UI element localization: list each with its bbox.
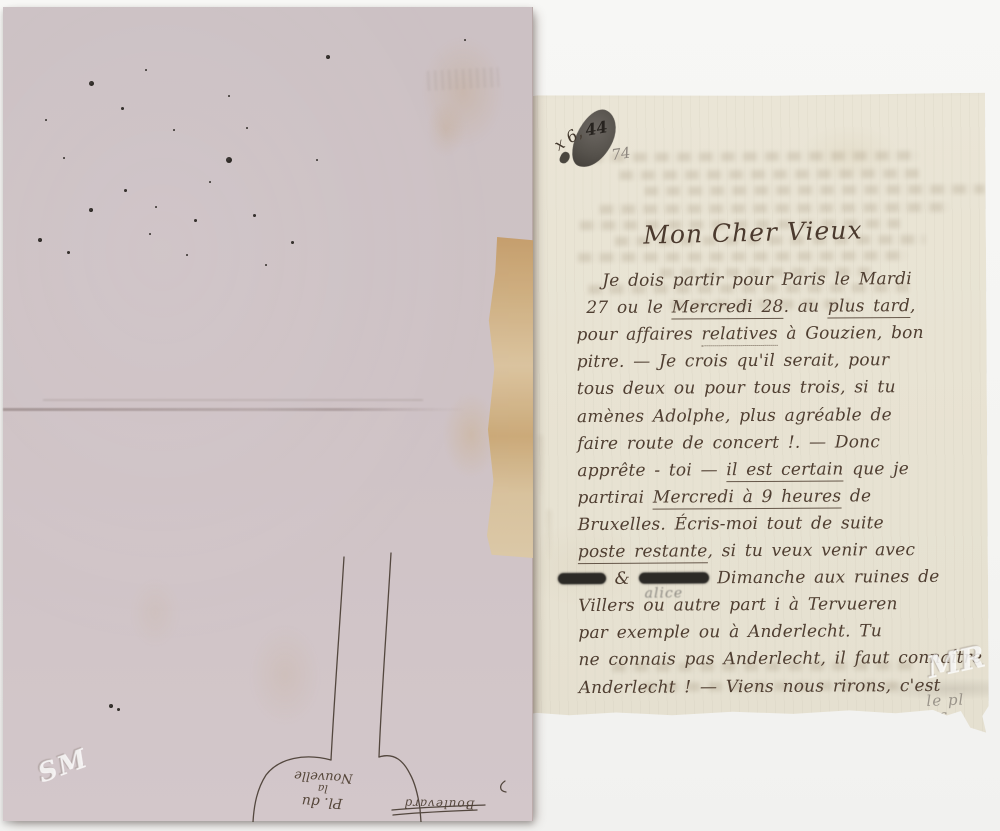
fold-crease (43, 399, 423, 401)
ink-dot (253, 214, 256, 217)
letter-text-segment: amènes Adolphe, plus agréable de (577, 405, 892, 427)
letter-salutation: Mon Cher Vieux (520, 213, 987, 253)
letter-text-segment: ne connais pas Anderlecht, il faut conna… (578, 648, 982, 670)
letter-line: amènes Adolphe, plus agréable de (577, 405, 892, 434)
underlined-phrase: Mercredi à 9 heures (653, 486, 842, 509)
ink-dot (265, 264, 267, 266)
letter-text-segment: que je (843, 459, 909, 479)
letter-text-segment: par exemple ou à Anderlecht. Tu (578, 622, 882, 644)
letter-line: poste restante, si tu veux venir avec (578, 540, 915, 569)
ink-dot (194, 219, 197, 222)
letter-text-segment: Anderlecht ! — Viens nous rirons, c'est (579, 675, 941, 697)
letter-line: par exemple ou à Anderlecht. Tu (578, 622, 882, 651)
letter-page: x 6, 44 74 Mon Cher Vieux Je dois partir… (519, 93, 989, 736)
underlined-phrase: plus tard (828, 296, 910, 319)
redacted-word (558, 573, 606, 584)
letter-line: tous deux ou pour tous trois, si tu (577, 378, 896, 407)
ink-dot (226, 157, 232, 163)
ink-dot (38, 238, 42, 242)
ink-dot (149, 233, 151, 235)
ink-dot (464, 39, 466, 41)
letter-line: Anderlecht ! — Viens nous rirons, c'est (579, 675, 941, 704)
redacted-word: alice (639, 572, 709, 583)
letter-line: Bruxelles. Écris-moi tout de suite (578, 513, 884, 542)
letter-text-segment: . au (783, 297, 827, 317)
fold-crease-line (3, 408, 465, 411)
letter-text-segment: pour affaires (576, 325, 701, 346)
letter-line: apprête - toi — il est certain que je (577, 459, 909, 488)
ink-dot (209, 181, 211, 183)
letter-text-segment: de (841, 486, 871, 506)
inverted-handwritten-note: Pl. du la Nouvelle (270, 758, 376, 811)
letter-line: faire route de concert !. — Donc (577, 432, 880, 461)
faint-pencil-marks (427, 67, 500, 91)
letter-text-segment: partirai (577, 487, 652, 507)
letter-line: Villers ou autre part i à Tervueren (578, 594, 898, 623)
letter-line: & alice Dimanche aux ruines de (558, 567, 940, 596)
ink-dot (316, 159, 318, 161)
ink-dot (291, 241, 294, 244)
letter-line: Je dois partir pour Paris le Mardi (602, 269, 912, 298)
ink-dot (228, 95, 230, 97)
pen-sketch-pedestal (3, 527, 532, 822)
ink-dot (45, 119, 47, 121)
underlined-phrase: poste restante (578, 541, 708, 564)
letter-text-segment: 27 ou le (586, 298, 671, 319)
letter-text-segment: tous deux ou pour tous trois, si tu (577, 378, 896, 400)
letter-text-segment: apprête - toi — (577, 460, 726, 481)
ink-dot (89, 81, 94, 86)
ink-dot (186, 254, 188, 256)
scan-background: x 6, 44 74 Mon Cher Vieux Je dois partir… (0, 0, 1000, 831)
letter-line: pitre. — Je crois qu'il serait, pour (577, 350, 890, 379)
underlined-phrase: il est certain (726, 459, 843, 482)
inverted-cursive-scribble: Boulevard (395, 795, 483, 812)
letter-text-segment: , (910, 296, 916, 316)
ink-dot (124, 189, 127, 192)
ink-dot (155, 206, 157, 208)
letter-text-segment: , si tu veux venir avec (707, 540, 915, 561)
ink-dot (89, 208, 93, 212)
ink-dot (173, 129, 175, 131)
letter-text-segment: Bruxelles. Écris-moi tout de suite (578, 513, 884, 535)
underlined-phrase: Mercredi 28 (672, 297, 784, 320)
letter-body: Mon Cher Vieux Je dois partir pour Paris… (519, 93, 989, 736)
blank-verso-page: Pl. du la Nouvelle Boulevard SM (3, 7, 533, 821)
letter-text-segment: & (606, 569, 639, 589)
ink-dot (67, 251, 70, 254)
ink-dot (246, 127, 248, 129)
adhesive-tape (487, 237, 533, 558)
ink-dot (145, 69, 147, 71)
letter-line: ne connais pas Anderlecht, il faut conna… (578, 648, 982, 677)
ink-dot (121, 107, 124, 110)
letter-line: partirai Mercredi à 9 heures de (577, 486, 871, 515)
letter-text-segment: faire route de concert !. — Donc (577, 432, 880, 454)
ink-dot (63, 157, 65, 159)
letter-line: pour affaires relatives à Gouzien, bon (576, 323, 923, 352)
letter-text-segment: pitre. — Je crois qu'il serait, pour (577, 350, 890, 372)
letter-line: 27 ou le Mercredi 28. au plus tard, (586, 296, 915, 325)
letter-text-segment: Je dois partir pour Paris le Mardi (602, 269, 912, 291)
letter-text-segment: à Gouzien, bon (778, 323, 924, 344)
letter-text-segment: Dimanche aux ruines de (708, 567, 939, 588)
collection-pencil-mark: le pl 46 (926, 690, 989, 729)
letter-text-segment: Villers ou autre part i à Tervueren (578, 594, 898, 616)
ink-dot (326, 55, 330, 59)
underlined-phrase: relatives (701, 324, 777, 346)
